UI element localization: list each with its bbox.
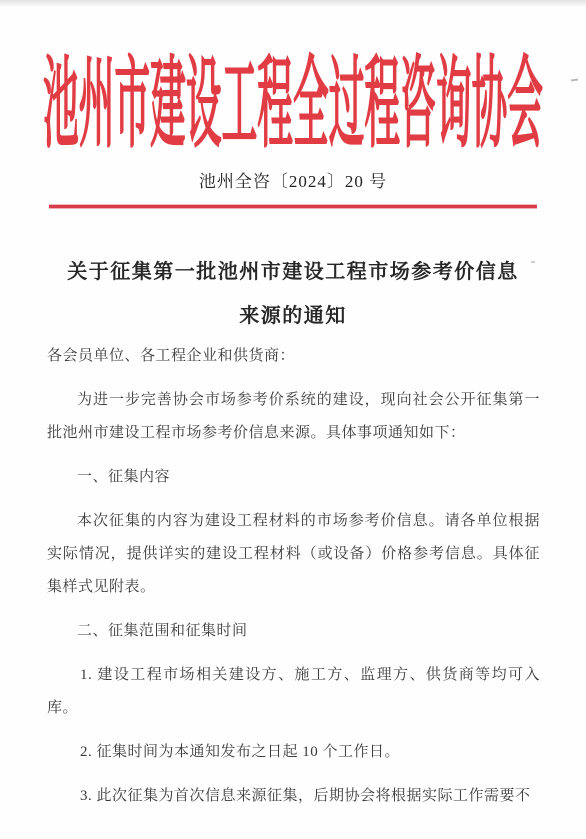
letterhead-banner: 池州市建设工程全过程咨询协会 — [41, 42, 545, 154]
notice-body: 各会员单位、各工程企业和供货商： 为进一步完善协会市场参考价系统的建设，现向社会… — [0, 338, 586, 813]
org-title-text: 池州市建设工程全过程咨询协会 — [43, 49, 543, 154]
doc-number: 池州全咨〔2024〕20 号 — [0, 171, 586, 193]
section2-item-2: 2. 征集时间为本通知发布之日起 10 个工作日。 — [47, 736, 540, 769]
scan-top-edge — [0, 0, 586, 7]
scan-speck — [531, 261, 535, 263]
notice-title-line1: 关于征集第一批池州市建设工程市场参考价信息 — [0, 250, 586, 294]
section2-item-1: 1. 建设工程市场相关建设方、施工方、监理方、供货商等均可入库。 — [47, 659, 540, 725]
salutation: 各会员单位、各工程企业和供货商： — [47, 340, 540, 373]
notice-title-line2: 来源的通知 — [0, 294, 586, 338]
section1-heading: 一、征集内容 — [47, 461, 540, 494]
section2-item-3: 3. 此次征集为首次信息来源征集，后期协会将根据实际工作需要不 — [47, 780, 540, 813]
scanned-document-page: 池州市建设工程全过程咨询协会 池州全咨〔2024〕20 号 关于征集第一批池州市… — [0, 0, 586, 839]
section1-paragraph: 本次征集的内容为建设工程材料的市场参考价信息。请各单位根据实际情况，提供详实的建… — [47, 505, 540, 604]
notice-title: 关于征集第一批池州市建设工程市场参考价信息 来源的通知 — [0, 250, 586, 338]
section2-heading: 二、征集范围和征集时间 — [47, 615, 540, 648]
scan-speck — [571, 79, 578, 82]
red-divider-line — [49, 205, 537, 208]
intro-paragraph: 为进一步完善协会市场参考价系统的建设，现向社会公开征集第一批池州市建设工程市场参… — [47, 384, 540, 450]
